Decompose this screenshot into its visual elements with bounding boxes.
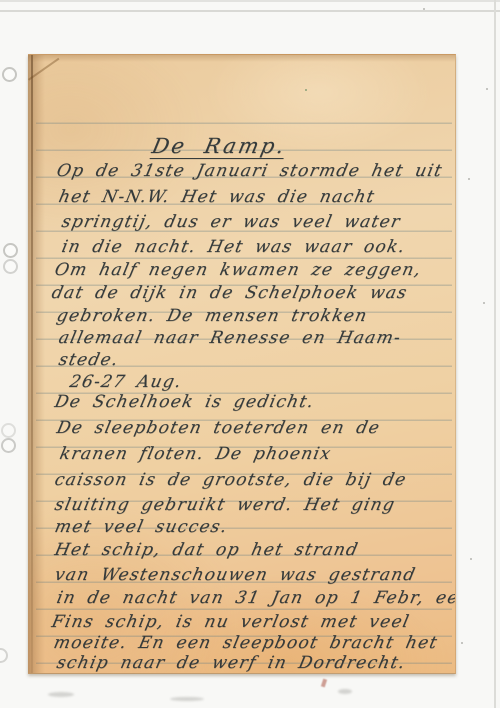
punch-hole: [3, 243, 18, 258]
scan-edge-top-line-2: [0, 10, 500, 12]
handwritten-line: schip naar de werf in Dordrecht.: [55, 655, 407, 672]
paper-left-crease: [31, 55, 33, 673]
handwritten-line: moeite. En een sleepboot bracht het: [52, 635, 439, 652]
scanned-document: De Ramp. Op de 31ste Januari stormde het…: [0, 0, 500, 708]
paper-speck: [305, 89, 307, 91]
punch-hole: [1, 438, 16, 453]
handwritten-line: dat de dijk in de Schelphoek was: [50, 285, 409, 302]
handwritten-line: Op de 31ste Januari stormde het uit: [55, 163, 444, 180]
dust-speck: [423, 8, 425, 10]
scan-smudge: [48, 692, 74, 697]
handwritten-line: De sleepboten toeterden en de: [55, 420, 382, 437]
punch-hole: [0, 648, 8, 663]
handwritten-line: met veel succes.: [53, 519, 229, 536]
handwritten-line: Om half negen kwamen ze zeggen,: [53, 262, 423, 279]
handwritten-line: stede.: [57, 352, 120, 369]
handwritten-line: Het schip, dat op het strand: [53, 542, 360, 559]
handwritten-line: in de nacht van 31 Jan op 1 Febr, een: [55, 590, 456, 607]
dust-speck: [468, 178, 470, 180]
date-heading: 26-27 Aug.: [68, 374, 184, 391]
dust-speck: [483, 302, 485, 304]
paper-sheet: De Ramp. Op de 31ste Januari stormde het…: [28, 54, 456, 674]
scan-edge-top-line: [0, 0, 500, 2]
dust-speck: [470, 558, 472, 560]
handwritten-line: kranen floten. De phoenix: [58, 446, 333, 463]
scan-edge-right-line: [494, 0, 496, 708]
handwritten-line: allemaal naar Renesse en Haam-: [57, 330, 403, 347]
handwritten-line: het N-N.W. Het was die nacht: [57, 189, 376, 206]
scan-smudge: [170, 697, 204, 701]
handwritten-line: De Schelhoek is gedicht.: [53, 394, 316, 411]
handwritten-line: springtij, dus er was veel water: [60, 214, 402, 231]
punch-hole: [3, 259, 18, 274]
handwritten-line: sluiting gebruikt werd. Het ging: [53, 497, 397, 514]
punch-hole: [2, 67, 17, 82]
handwritten-line: in die nacht. Het was waar ook.: [60, 239, 407, 256]
handwritten-line: gebroken. De mensen trokken: [55, 308, 369, 325]
handwritten-line: caisson is de grootste, die bij de: [53, 472, 408, 489]
handwritten-line: Fins schip, is nu verlost met veel: [50, 614, 411, 631]
page-title: De Ramp.: [150, 136, 288, 157]
dust-speck: [486, 88, 488, 90]
red-pencil-mark: [321, 679, 327, 688]
punch-hole: [1, 423, 16, 438]
scan-smudge: [338, 689, 352, 694]
handwritten-line: van Westenschouwen was gestrand: [53, 567, 417, 584]
dust-speck: [461, 642, 463, 644]
paper-top-edge-shadow: [28, 55, 455, 62]
